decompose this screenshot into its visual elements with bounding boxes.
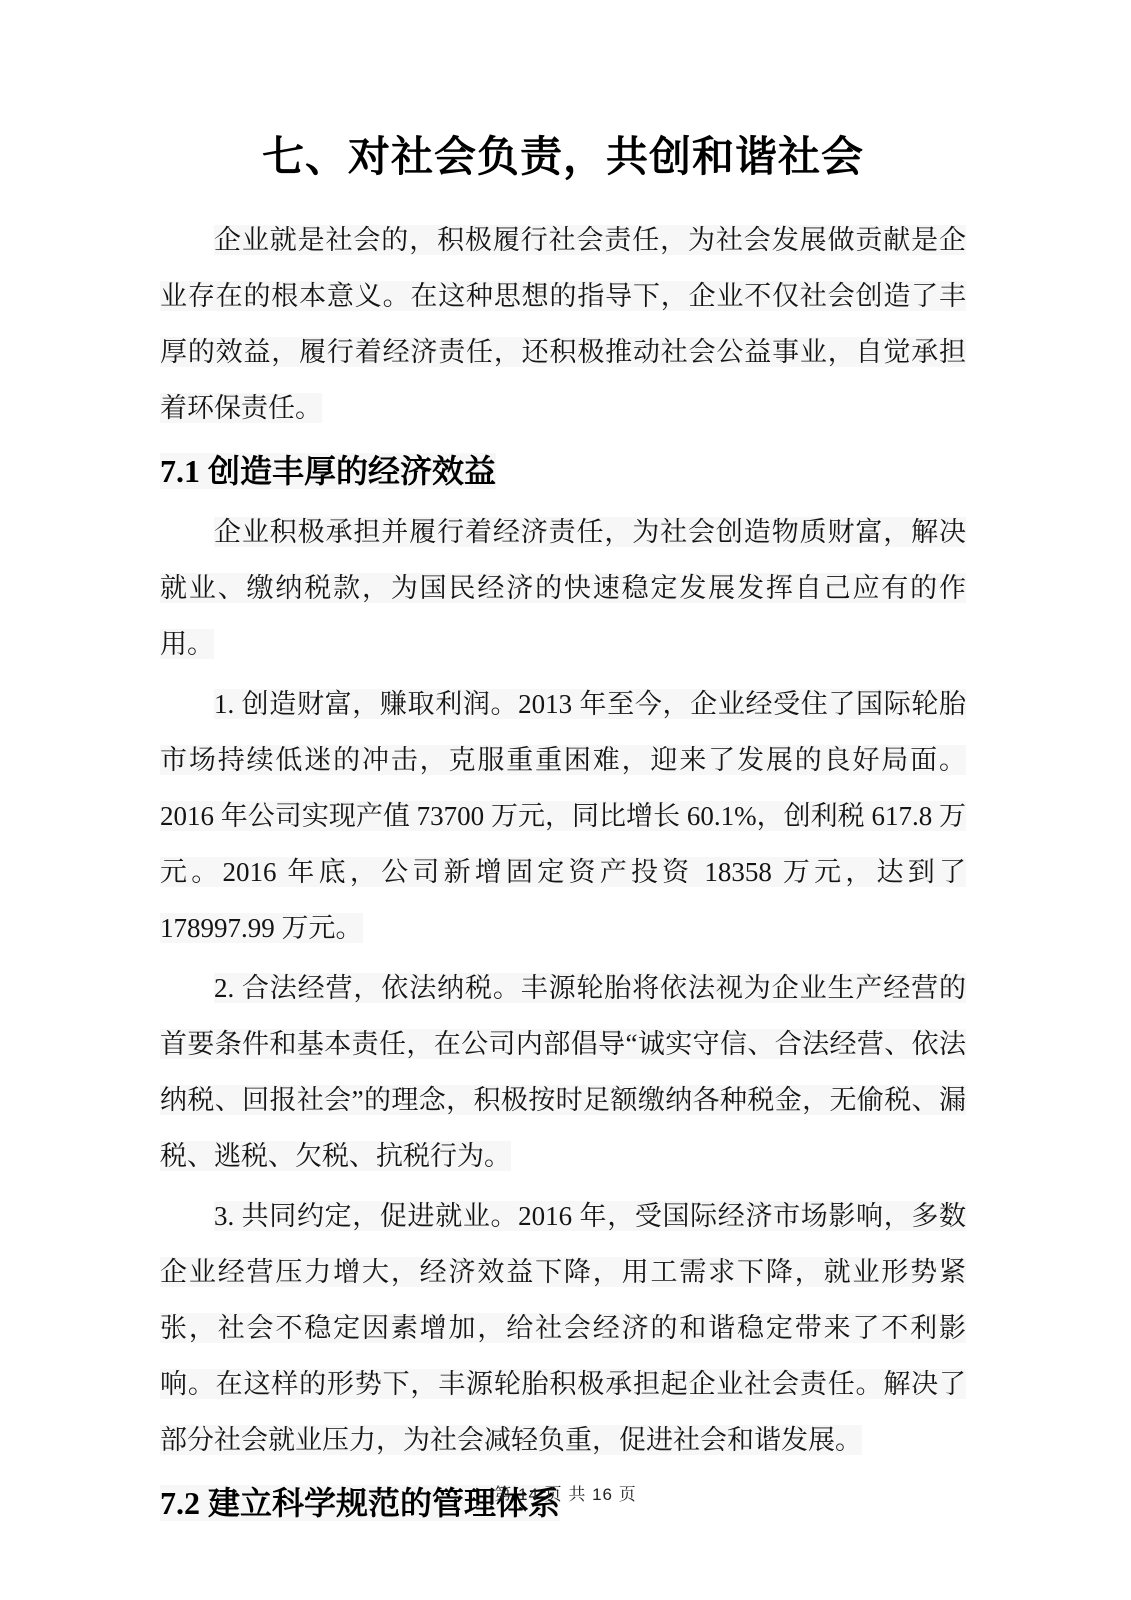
- paragraph-item-3: 3. 共同约定，促进就业。2016 年，受国际经济市场影响，多数企业经营压力增大…: [160, 1188, 966, 1468]
- paragraph-item-2-text: 2. 合法经营，依法纳税。丰源轮胎将依法视为企业生产经营的首要条件和基本责任，在…: [160, 973, 966, 1171]
- page-number-footer: 第 14 页 共 16 页: [0, 1480, 1131, 1505]
- paragraph-intro: 企业就是社会的，积极履行社会责任，为社会发展做贡献是企业存在的根本意义。在这种思…: [160, 212, 966, 436]
- document-title: 七、对社会负责，共创和谐社会: [160, 126, 966, 190]
- paragraph-item-1-text: 1. 创造财富，赚取利润。2013 年至今，企业经受住了国际轮胎市场持续低迷的冲…: [160, 689, 966, 943]
- paragraph-intro-text: 企业就是社会的，积极履行社会责任，为社会发展做贡献是企业存在的根本意义。在这种思…: [160, 225, 966, 423]
- paragraph-71-lead-text: 企业积极承担并履行着经济责任，为社会创造物质财富，解决就业、缴纳税款，为国民经济…: [160, 517, 966, 659]
- heading-7-1-text: 7.1 创造丰厚的经济效益: [160, 453, 496, 489]
- heading-7-1: 7.1 创造丰厚的经济效益: [160, 440, 966, 502]
- paragraph-item-1: 1. 创造财富，赚取利润。2013 年至今，企业经受住了国际轮胎市场持续低迷的冲…: [160, 676, 966, 956]
- paragraph-71-lead: 企业积极承担并履行着经济责任，为社会创造物质财富，解决就业、缴纳税款，为国民经济…: [160, 504, 966, 672]
- document-page: 七、对社会负责，共创和谐社会 企业就是社会的，积极履行社会责任，为社会发展做贡献…: [0, 0, 1131, 1600]
- paragraph-item-2: 2. 合法经营，依法纳税。丰源轮胎将依法视为企业生产经营的首要条件和基本责任，在…: [160, 960, 966, 1184]
- paragraph-item-3-text: 3. 共同约定，促进就业。2016 年，受国际经济市场影响，多数企业经营压力增大…: [160, 1201, 966, 1455]
